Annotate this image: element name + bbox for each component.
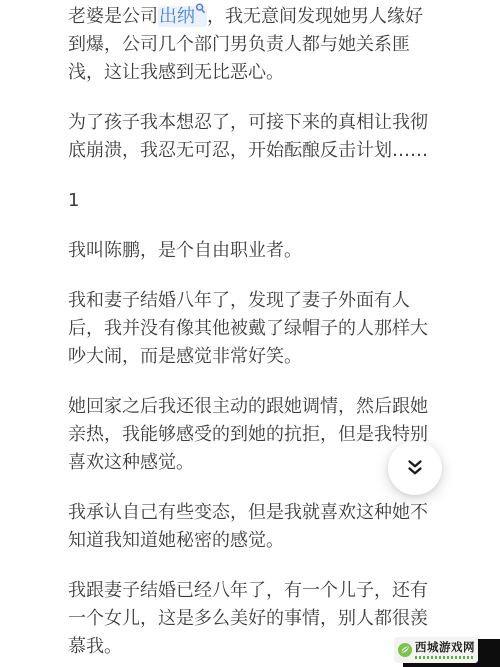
- keyword-link-text: 出纳: [159, 6, 195, 27]
- leaf-logo-icon: [397, 642, 413, 658]
- paragraph-3: 我叫陈鹏，是个自由职业者。: [68, 237, 436, 265]
- paragraph-2: 为了孩子我本想忍了，可接下来的真相让我彻底崩溃，我忍无可忍，开始酝酿反击计划……: [68, 109, 436, 165]
- paragraph-4: 我和妻子结婚八年了，发现了妻子外面有人后，我并没有像其他被戴了绿帽子的人那样大吵…: [68, 287, 436, 371]
- site-watermark: 西城游戏网: [394, 637, 500, 667]
- search-icon: [195, 3, 206, 17]
- paragraph-1-pre: 老婆是公司: [68, 6, 158, 27]
- watermark-tagline: [415, 656, 473, 659]
- paragraph-7: 我跟妻子结婚已经八年了，有一个儿子，还有一个女儿，这是多么美好的事情，别人都很羡…: [68, 577, 436, 661]
- article-content: 老婆是公司出纳，我无意间发现她男人缘好到爆，公司几个部门男负责人都与她关系匪浅，…: [0, 0, 500, 661]
- double-chevron-down-icon: [405, 458, 425, 478]
- paragraph-6: 我承认自己有些变态，但是我就喜欢这种她不知道我知道她秘密的感觉。: [68, 499, 436, 555]
- watermark-card: 西城游戏网: [394, 637, 478, 663]
- keyword-link[interactable]: 出纳: [158, 6, 207, 27]
- scroll-down-button[interactable]: [388, 441, 442, 495]
- chapter-number: 1: [68, 187, 436, 215]
- paragraph-1: 老婆是公司出纳，我无意间发现她男人缘好到爆，公司几个部门男负责人都与她关系匪浅，…: [68, 3, 436, 87]
- site-name: 西城游戏网: [415, 641, 475, 654]
- paragraph-5: 她回家之后我还很主动的跟她调情，然后跟她亲热，我能够感受的到她的抗拒，但是我特别…: [68, 393, 436, 477]
- article-page: 老婆是公司出纳，我无意间发现她男人缘好到爆，公司几个部门男负责人都与她关系匪浅，…: [0, 0, 500, 667]
